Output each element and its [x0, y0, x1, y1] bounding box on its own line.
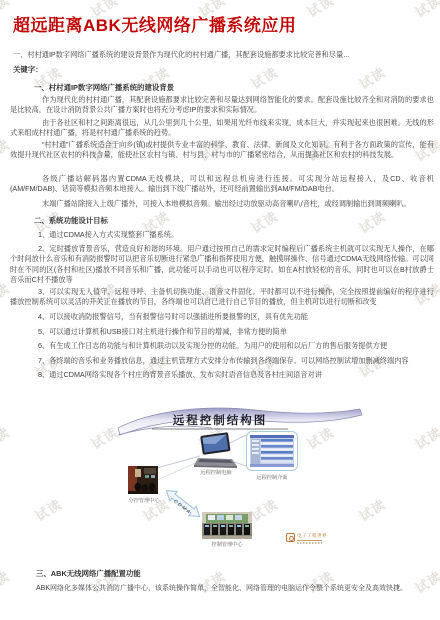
list-item: 2、定时播放背景音乐，营造良好和谐的环境。用户通过按照自己的需求定时编程后广播系… [10, 244, 434, 286]
page-title: 超远距离ABK无线网络广播系统应用 [13, 11, 433, 36]
paragraph: 作为现代化的村村通广播，其配套设施都要求比较完善和尽量达到网络智能化的要求。配套… [10, 95, 434, 116]
paragraph: 末端广播站除接入上级广播外，可接入本地模拟音频。输出经过功放驱动高音喇叭/音柱，… [10, 199, 434, 209]
interface-screenshot [250, 435, 294, 467]
list-item: 7、各终端的音乐和业务播放信息，通过主机管理方式安排分布传输到各终端保存。可以网… [10, 356, 434, 366]
subcontrol-photo [128, 466, 158, 494]
list-item: 3、可以实现无人值守、远程寻呼、主备机切换功能、语音文件固化。平时都可以不进行操… [10, 287, 434, 308]
logo-icon [286, 533, 295, 542]
site-logo: 电子工程世界 [286, 532, 324, 547]
subcontrol-label: 分控管理中心 [118, 497, 170, 504]
paragraph: 由于各社区和村之间距离很远，从几公里到几十公里，如果用光纤布线来实现，成本巨大，… [10, 118, 434, 139]
section-2-heading: 二、系统功能设计目标 [34, 215, 108, 226]
list-item: 6、有生成工作日志的功能与和计算机联动以及实现分控的功能。为用户的使用和以后厂方… [10, 341, 434, 351]
paragraph: “村村通”广播系统适合于向乡(镇)或村提供专业丰富的科学、教育、法律、新闻及文化… [10, 140, 434, 161]
keywords-label: 关键字： [13, 64, 213, 75]
list-item: 1、通过CDMA接入方式实现整套广播系统。 [10, 230, 434, 240]
paragraph: ABK网络化多媒体公共消防广播中心，该系统操作简单，全智能化、网络管理的电脑运作… [36, 584, 438, 594]
logo-subtext-dashes [297, 542, 322, 544]
logo-divider [297, 540, 322, 541]
remote-control-diagram: 远程控制结构图 远程控制电脑 [60, 402, 380, 560]
document-page: 试读试读试读试读试读试读试读试读试读试读试读试读试读试读试读试读试读试读试读试读… [0, 0, 440, 620]
interface-callout [246, 431, 298, 471]
list-item: 4、可以接收消防报警信号，当有报警信号时可以强插进所要报警的区，具有优先功能 [10, 312, 434, 322]
logo-text: 电子工程世界 [297, 533, 327, 539]
control-label: 控制管理中心 [201, 541, 253, 548]
paragraph: 各级广播站解码器内置CDMA无线模块，可以和远程总机房进行连接。可实现分站远程接… [10, 174, 434, 195]
abstract-text: 一、村村通IP数字网络广播系统的建设背景作为现代化的村村通广播，其配套设施都要求… [13, 50, 437, 60]
section-3-heading: 三、ABK无线网络广播配置功能 [36, 568, 141, 579]
list-item: 8、通过CDMA网络实现各个村庄的背景音乐播放、发布实时语音信息及各村庄间语音对… [10, 370, 434, 380]
document-content: 超远距离ABK无线网络广播系统应用 一、村村通IP数字网络广播系统的建设背景作为… [0, 0, 440, 620]
laptop-image [194, 432, 238, 470]
laptop-label: 远程控制电脑 [190, 469, 242, 476]
interface-label: 远程控制介面 [246, 474, 298, 481]
section-1-heading: 一、村村通IP数字网络广播系统的建设背景 [34, 82, 174, 93]
list-item: 5、可以通过计算机和USB接口对主机进行操作和节目的增减，非常方便的简单 [10, 327, 434, 337]
control-photo [202, 512, 252, 539]
